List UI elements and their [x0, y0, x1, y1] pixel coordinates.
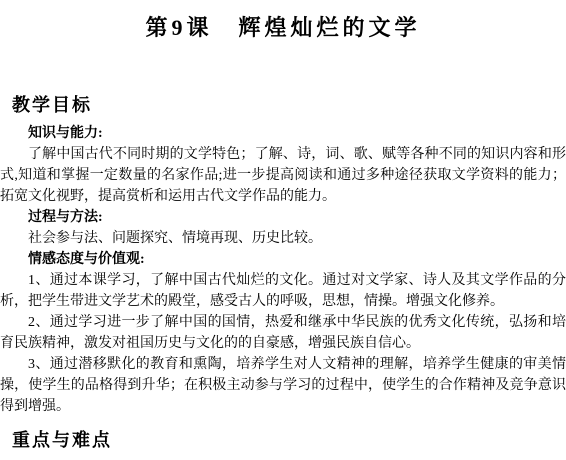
teaching-goals-body: 知识与能力: 了解中国古代不同时期的文学特色；了解、诗，词、歌、赋等各种不同的知…	[0, 123, 566, 417]
subheading-knowledge-and-ability: 知识与能力:	[0, 123, 566, 144]
section-heading-teaching-goals: 教学目标	[0, 94, 566, 116]
paragraph-process-and-method: 社会参与法、问题探究、情境再现、历史比较。	[0, 228, 566, 249]
paragraph-knowledge-and-ability: 了解中国古代不同时期的文学特色；了解、诗，词、歌、赋等各种不同的知识内容和形式,…	[0, 144, 566, 207]
lesson-plan-document: 第9课 辉煌灿烂的文学 教学目标 知识与能力: 了解中国古代不同时期的文学特色；…	[0, 0, 566, 460]
subheading-values-and-attitude: 情感态度与价值观:	[0, 249, 566, 270]
values-item-2: 2、通过学习进一步了解中国的国情，热爱和继承中华民族的优秀文化传统，弘扬和培育民…	[0, 312, 566, 354]
page-title: 第9课 辉煌灿烂的文学	[0, 0, 566, 42]
values-item-3: 3、通过潜移默化的教育和熏陶，培养学生对人文精神的理解，培养学生健康的审美情操，…	[0, 354, 566, 417]
subheading-process-and-method: 过程与方法:	[0, 207, 566, 228]
section-heading-key-points: 重点与难点	[0, 429, 566, 451]
values-item-1: 1、通过本课学习，了解中国古代灿烂的文化。通过对文学家、诗人及其文学作品的分析，…	[0, 270, 566, 312]
